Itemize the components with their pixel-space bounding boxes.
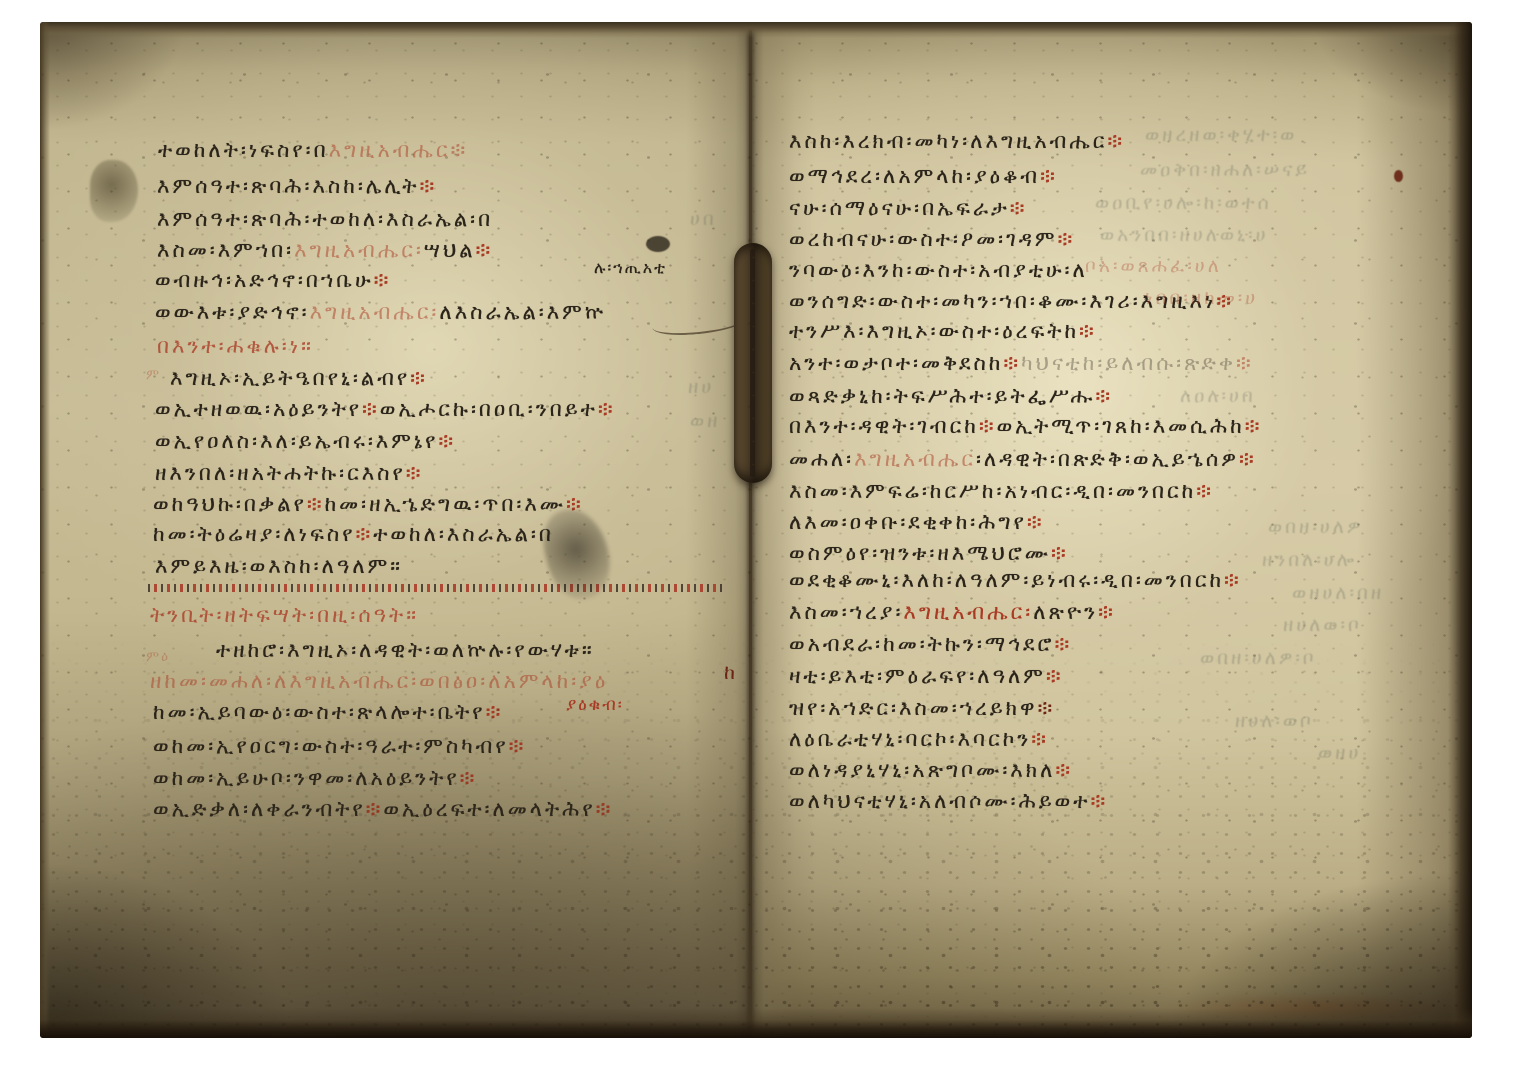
bleedthrough-text: ወበዘ፡ሀለዎ፡ቦ — [1200, 649, 1317, 668]
bleedthrough-text: ለዐለ፡ሀበ — [1180, 387, 1256, 406]
manuscript-line-right: ወለነዳያኒሃኒ፡አጽግቦሙ፡እክለ፨ — [789, 760, 1073, 781]
text-segment-ghost: ዘሀለወ፡ቦ — [1283, 614, 1362, 636]
bleedthrough-text: ሀበ — [690, 210, 717, 229]
text-segment-ink: ተወከለት፡ነፍስየ፡በ — [158, 138, 329, 162]
text-segment-ink: አንተ፡ወታቦተ፡መቅደስከ — [789, 351, 1003, 375]
text-segment-ink: ወውእቱ፡ያድኅኖ፡ — [155, 300, 310, 324]
manuscript-line-right: ወረከብናሁ፡ውስተ፡ዖመ፡ገዳም፨ — [789, 229, 1075, 250]
bleedthrough-text: ወዘረዘወ፡ቀሂተ፡ወ — [1145, 126, 1297, 145]
text-segment-red: ፨ — [1055, 758, 1073, 782]
text-segment-red-dark: ፨ — [1037, 696, 1055, 720]
text-segment-red: ፨ — [566, 492, 584, 516]
text-segment-red: ፨ — [1027, 510, 1045, 534]
text-segment-red: ፨ — [1040, 164, 1058, 188]
manuscript-line-left: በእንተ፡ሐቁሉ፡ነ። — [157, 336, 314, 357]
text-segment-ink: እስመ፡ኀረያ፡ — [789, 600, 903, 624]
bleedthrough-text: ወዘ — [690, 412, 720, 431]
text-segment-red-faded: እግዚአብሔር፡ — [310, 300, 440, 324]
manuscript-line-left: እምሰዓተ፡ጽባሕ፡ተወከለ፡እስራኤል፡በ — [157, 209, 493, 230]
manuscript-line-left: ተወከለት፡ነፍስየ፡በእግዚአብሔር፨ — [158, 140, 468, 161]
manuscript-line-right: እስከ፡እረክብ፡መካነ፡ለእግዚአብሔር፨ — [789, 131, 1125, 152]
manuscript-line-left: ከመ፡ኢይባውዕ፡ውስተ፡ጽላሎተ፡ቤትየ፨ — [153, 702, 503, 723]
text-segment-ink: ዝየ፡አኀድር፡እስመ፡ኀረይክዋ — [789, 696, 1037, 720]
book-bottom-shadow — [40, 1008, 1472, 1038]
text-segment-ink: ለእስራኤል፡እምኵ — [439, 300, 606, 324]
manuscript-line-left: ዘእንበለ፡ዘአትሐትኩ፡ርእስየ፨ — [155, 463, 424, 484]
manuscript-line-left: ወኢተዘወዉ፡አዕይንትየ፨ወኢሖርኩ፡በዐቢ፡ንበይተ፨ — [155, 399, 616, 420]
text-segment-ghost: ዘሀለ፡ወቦ — [1235, 710, 1314, 732]
text-segment-red-soft: በእንተ፡ሐቁሉ፡ነ። — [157, 334, 314, 358]
text-segment-ink: ወኢትሚጥ፡ገጸከ፡እመሲሕከ — [997, 414, 1245, 438]
manuscript-line-right: አንተ፡ወታቦተ፡መቅደስከ፨ካህናቲከ፡ይለብሱ፡ጽድቀ፨ — [789, 353, 1254, 374]
text-segment-red: ፨ — [1090, 789, 1108, 813]
text-segment-ghost: ዘሀ — [688, 376, 714, 398]
bleedthrough-text: ወዘሀ — [1318, 744, 1361, 763]
manuscript-line-right: ወለካህናቲሃኒ፡አለብሶሙ፡ሕይወተ፨ — [789, 791, 1108, 812]
manuscript-line-right: ናሁ፡ሰማዕናሁ፡በኤፍራታ፨ — [789, 198, 1027, 219]
manuscript-photo: ተወከለት፡ነፍስየ፡በእግዚአብሔር፨እምሰዓተ፡ጽባሕ፡እስከ፡ሌሊት፨እም… — [40, 22, 1472, 1038]
text-segment-ghost: ለዐለ፡ሀበ — [1180, 385, 1256, 407]
text-segment-ghost: ወዘ — [690, 410, 720, 432]
bleedthrough-text: ነበበ፡ዘከመ፡ሀ — [1145, 289, 1258, 308]
text-segment-red: ፨ — [1031, 727, 1049, 751]
text-segment-ink: መሐለ፡ — [789, 447, 854, 471]
text-segment-ink: ለጽዮን — [1033, 600, 1098, 624]
text-segment-ink: ወስምዕየ፡ዝንቱ፡ዘእሜህሮሙ — [789, 541, 1051, 565]
manuscript-line-left: ትንቢት፡ዘትፍሣት፡በዚ፡ሰዓት። — [150, 605, 419, 626]
text-segment-red: ፨ — [979, 414, 997, 438]
text-segment-red: ፨ — [598, 397, 616, 421]
manuscript-line-left: ወውእቱ፡ያድኅኖ፡እግዚአብሔር፡ለእስራኤል፡እምኵ — [155, 302, 606, 323]
text-segment-red: ፨ — [1196, 479, 1214, 503]
text-segment-ink: ወኢሖርኩ፡በዐቢ፡ንበይተ — [380, 397, 598, 421]
text-segment-red-faded: ዘከመ፡መሐለ፡ለእግዚአብሔር፡ወበፅዐ፡ለአምላከ፡ያዕ — [150, 669, 608, 693]
manuscript-line-right: ወስምዕየ፡ዝንቱ፡ዘእሜህሮሙ፨ — [789, 543, 1069, 564]
text-segment-ink: እምሰዓተ፡ጽባሕ፡ተወከለ፡እስራኤል፡በ — [157, 207, 493, 231]
text-segment-ink: ዛቲ፡ይእቲ፡ምዕራፍየ፡ለዓለም — [789, 664, 1046, 688]
text-segment-red: ፨ — [1051, 541, 1069, 565]
text-segment-ghost: ወዘሀ — [1318, 742, 1361, 764]
text-segment-red: ፨ — [366, 797, 384, 821]
manuscript-line-left: እግዚኦ፡ኢይትዔበየኒ፡ልብየ፨ — [170, 368, 428, 389]
text-segment-ink: ሉ፡ኀጢአቲ — [594, 258, 667, 277]
bleedthrough-text: ወአንበበ፡ዘሀለወኒ፡ሀ — [1100, 226, 1269, 245]
manuscript-line-left: እምይእዜ፡ወእስከ፡ለዓለም። — [155, 556, 403, 577]
text-segment-red: ፨ — [1079, 319, 1097, 343]
text-segment-ink: ወከመ፡ኢየዐርግ፡ውስተ፡ዓራተ፡ምስካብየ — [153, 734, 509, 758]
text-segment-red-dark: ከ — [724, 660, 737, 684]
book-top-edge — [40, 22, 1472, 38]
text-segment-ink: ወአብደራ፡ከመ፡ትኩን፡ማኅደሮ — [789, 632, 1054, 656]
text-segment-red: ፨ — [1224, 568, 1242, 592]
text-segment-ink: እግዚኦ፡ኢይትዔበየኒ፡ልብየ — [170, 366, 410, 390]
text-segment-ink: ወኢተዘወዉ፡አዕይንትየ — [155, 397, 362, 421]
text-segment-ghost: መዐቅበ፡ዘሐለ፡ሠናይ — [1140, 159, 1310, 181]
margin-note: ሉ፡ኀጢአቲ — [594, 260, 667, 276]
text-segment-ink: ወለካህናቲሃኒ፡አለብሶሙ፡ሕይወተ — [789, 789, 1090, 813]
bleedthrough-text: ወዐቢየ፡ሀሎ፡ከ፡ወተሰ — [1095, 194, 1272, 213]
text-segment-ghost: ዘንበለ፡ሀሎ — [1262, 549, 1357, 571]
text-segment-ink: ወኢየዐለስ፡እለ፡ይኤብሩ፡እምኔየ — [155, 429, 438, 453]
manuscript-line-right: ወማኅደረ፡ለአምላከ፡ያዕቆብ፨ — [789, 166, 1058, 187]
manuscript-line-left: ወከዓህኩ፡በቃልየ፨ከመ፡ዘኢኄድግዉ፡ጥበ፡እሙ፨ — [153, 494, 584, 515]
text-segment-ghost: ወዐቢየ፡ሀሎ፡ከ፡ወተሰ — [1095, 192, 1272, 214]
manuscript-line-right: ተንሥእ፡እግዚኦ፡ውስተ፡ዕረፍትከ፨ — [789, 321, 1097, 342]
text-segment-ghost: ወዘረዘወ፡ቀሂተ፡ወ — [1145, 124, 1297, 146]
text-segment-ink: ናሁ፡ሰማዕናሁ፡በኤፍራታ — [789, 196, 1010, 220]
manuscript-line-left: እስመ፡እምኀበ፡እግዚአብሔር፡ሣህል፨ — [157, 240, 493, 261]
text-segment-ink: ከመ፡ትዕሬዛያ፡ለነፍስየ — [153, 522, 355, 546]
text-segment-red: ፨ — [438, 429, 456, 453]
text-segment-ink: እስመ፡እምፍሬ፡ከርሥከ፡አነብር፡ዲበ፡መንበርከ — [789, 479, 1196, 503]
text-segment-red: ፨ — [355, 522, 373, 546]
manuscript-line-right: ወደቂቆሙኒ፡እለከ፡ለዓለም፡ይነብሩ፡ዲበ፡መንበርከ፨ — [789, 570, 1242, 591]
manuscript-text-layer: ተወከለት፡ነፍስየ፡በእግዚአብሔር፨እምሰዓተ፡ጽባሕ፡እስከ፡ሌሊት፨እም… — [40, 22, 1472, 1038]
text-segment-ink: ወደቂቆሙኒ፡እለከ፡ለዓለም፡ይነብሩ፡ዲበ፡መንበርከ — [789, 568, 1224, 592]
manuscript-line-left: ወኢየዐለስ፡እለ፡ይኤብሩ፡እምኔየ፨ — [155, 431, 456, 452]
manuscript-line-right: ለዕቤራቲሃኒ፡ባርኮ፡እባርኮን፨ — [789, 729, 1049, 750]
text-segment-red-faded: እግዚአብሔር፡ — [294, 238, 424, 262]
text-segment-red: ፨ — [509, 734, 527, 758]
text-segment-red: ፨ — [406, 461, 424, 485]
text-segment-ghost: ወበዘ፡ሀለዎ፡ቦ — [1200, 647, 1317, 669]
text-segment-red: ፨ — [1010, 196, 1028, 220]
text-segment-ghost: ወበዘ፡ሀለዎ — [1268, 516, 1363, 538]
manuscript-line-left: ወኢድቃለ፡ለቀራንብትየ፨ወኢዕረፍተ፡ለመላትሕየ፨ — [153, 799, 613, 820]
text-segment-red-ghost: ቦአ፡ወጸሐፈ፡ሀለ — [1085, 255, 1222, 277]
manuscript-line-left: ተዘከሮ፡እግዚኦ፡ለዳዊት፡ወለኵሉ፡የውሃቱ። — [216, 640, 595, 661]
section-divider — [148, 584, 722, 592]
text-segment-ink: ሣህል — [424, 238, 476, 262]
manuscript-line-right: እስመ፡እምፍሬ፡ከርሥከ፡አነብር፡ዲበ፡መንበርከ፨ — [789, 481, 1214, 502]
text-segment-ink: ከመ፡ኢይባውዕ፡ውስተ፡ጽላሎተ፡ቤትየ — [153, 700, 486, 724]
manuscript-line-right: በእንተ፡ዳዊት፡ገብርከ፨ወኢትሚጥ፡ገጸከ፡እመሲሕከ፨ — [789, 416, 1262, 437]
bleedthrough-text: ቦአ፡ወጸሐፈ፡ሀለ — [1085, 257, 1222, 276]
text-segment-ink: ተወከለ፡እስራኤል፡በ — [373, 522, 554, 546]
manuscript-line-right: ወአብደራ፡ከመ፡ትኩን፡ማኅደሮ፨ — [789, 634, 1072, 655]
text-segment-red: ፨ — [486, 700, 504, 724]
text-segment-ink: ወብዙኅ፡አድኅኖ፡በኀቤሁ — [155, 268, 374, 292]
text-segment-ink: ወማኅደረ፡ለአምላከ፡ያዕቆብ — [789, 164, 1040, 188]
text-segment-ink: ተንሥእ፡እግዚኦ፡ውስተ፡ዕረፍትከ — [789, 319, 1079, 343]
text-segment-red: ፨ — [476, 238, 494, 262]
text-segment-ink-faded: ካህናቲከ፡ይለብሱ፡ጽድቀ — [1021, 351, 1236, 375]
text-segment-red-ghost: ነበበ፡ዘከመ፡ሀ — [1145, 287, 1258, 309]
bleedthrough-text: ዘሀለወ፡ቦ — [1283, 616, 1362, 635]
text-segment-ink: እስመ፡እምኀበ፡ — [157, 238, 294, 262]
text-segment-ink: ወለነዳያኒሃኒ፡አጽግቦሙ፡እክለ — [789, 758, 1055, 782]
text-segment-red: ፨ — [362, 397, 380, 421]
manuscript-line-left: ወከመ፡ኢየዐርግ፡ውስተ፡ዓራተ፡ምስካብየ፨ — [153, 736, 526, 757]
text-segment-red-ghost: ምዕ — [146, 649, 170, 665]
text-segment-red: ፨ — [307, 492, 325, 516]
text-segment-red-faded: እግዚአብሔር — [854, 447, 976, 471]
manuscript-line-right: ንባውዕ፡እንከ፡ውስተ፡አብያቲሁ፡ለ — [789, 260, 1088, 281]
text-segment-ink: ለእመ፡ዐቀቡ፡ደቂቀከ፡ሕግየ — [789, 510, 1027, 534]
text-segment-ink: በእንተ፡ዳዊት፡ገብርከ — [789, 414, 979, 438]
manuscript-line-right: መሐለ፡እግዚአብሔር፡ለዳዊት፡በጽድቅ፡ወኢይኄሰዎ፨ — [789, 449, 1257, 470]
text-segment-ink: ዘእንበለ፡ዘአትሐትኩ፡ርእስየ — [155, 461, 406, 485]
text-segment-ink: ወከዓህኩ፡በቃልየ — [153, 492, 307, 516]
text-segment-ink: ከመ፡ዘኢኄድግዉ፡ጥበ፡እሙ — [325, 492, 566, 516]
text-segment-red-ghost: ም — [146, 367, 161, 383]
margin-note: ያዕቁብ፡ — [566, 697, 624, 714]
text-segment-ink: ፡ለዳዊት፡በጽድቅ፡ወኢይኄሰዎ — [976, 447, 1239, 471]
manuscript-line-right: ዛቲ፡ይእቲ፡ምዕራፍየ፡ለዓለም፨ — [789, 666, 1064, 687]
text-segment-red: ፨ — [460, 766, 478, 790]
text-segment-ink: ተዘከሮ፡እግዚኦ፡ለዳዊት፡ወለኵሉ፡የውሃቱ። — [216, 638, 595, 662]
text-segment-ink: ወኢዕረፍተ፡ለመላትሕየ — [383, 797, 595, 821]
manuscript-line-right: ለእመ፡ዐቀቡ፡ደቂቀከ፡ሕግየ፨ — [789, 512, 1045, 533]
text-segment-red-faded: እግዚአብሔር፨ — [329, 138, 469, 162]
text-segment-red: ፨ — [1095, 384, 1113, 408]
book-fore-edge — [1448, 22, 1472, 1038]
text-segment-red: ፨ — [410, 366, 428, 390]
bleedthrough-text: ዘሀ — [688, 378, 714, 397]
text-segment-ink: እስከ፡እረክብ፡መካነ፡ለእግዚአብሔር — [789, 129, 1107, 153]
margin-note: ምዕ — [146, 650, 170, 664]
margin-note: ም — [146, 368, 161, 382]
bleedthrough-text: ዘሀለ፡ወቦ — [1235, 712, 1314, 731]
text-segment-red: እግዚአብሔር፡ — [903, 600, 1033, 624]
text-segment-red: ፨ — [1107, 129, 1125, 153]
text-segment-red: ፨ — [1054, 632, 1072, 656]
text-segment-red: ፨ — [1046, 664, 1064, 688]
text-segment-ink: ንባውዕ፡እንከ፡ውስተ፡አብያቲሁ፡ለ — [789, 258, 1088, 282]
book-left-edge — [40, 22, 50, 1038]
text-segment-ink: ወጻድቃኒከ፡ትፍሥሕተ፡ይትፌሥሑ — [789, 384, 1095, 408]
manuscript-line-right: ዝየ፡አኀድር፡እስመ፡ኀረይክዋ፨ — [789, 698, 1055, 719]
manuscript-line-left: ወብዙኅ፡አድኅኖ፡በኀቤሁ፨ — [155, 270, 391, 291]
manuscript-line-left: ዘከመ፡መሐለ፡ለእግዚአብሔር፡ወበፅዐ፡ለአምላከ፡ያዕ — [150, 671, 608, 692]
text-segment-ghost: ወዘሀለ፡በዘ — [1292, 582, 1384, 604]
bleedthrough-text: ዘንበለ፡ሀሎ — [1262, 551, 1357, 570]
bleedthrough-text: ወበዘ፡ሀለዎ — [1268, 518, 1363, 537]
text-segment-ink: እምይእዜ፡ወእስከ፡ለዓለም። — [155, 554, 403, 578]
text-segment-ghost: ሀበ — [690, 208, 717, 230]
text-segment-ink: ለዕቤራቲሃኒ፡ባርኮ፡እባርኮን — [789, 727, 1031, 751]
text-segment-red: ፨ — [1239, 447, 1257, 471]
text-segment-red: ፨ — [419, 174, 437, 198]
page-background: { "document": { "kind": "photograph of a… — [0, 0, 1515, 1071]
text-segment-red: ፨ — [596, 797, 614, 821]
text-segment-red-soft: ትንቢት፡ዘትፍሣት፡በዚ፡ሰዓት። — [150, 603, 419, 627]
text-segment-red: ፨ — [374, 268, 392, 292]
manuscript-line-left: እምሰዓተ፡ጽባሕ፡እስከ፡ሌሊት፨ — [157, 176, 437, 197]
text-segment-ink: ወከመ፡ኢይሁቦ፡ንዋመ፡ለአዕይንትየ — [153, 766, 460, 790]
bleedthrough-text: ወዘሀለ፡በዘ — [1292, 584, 1384, 603]
manuscript-line-left: ወከመ፡ኢይሁቦ፡ንዋመ፡ለአዕይንትየ፨ — [153, 768, 477, 789]
text-segment-ink: እምሰዓተ፡ጽባሕ፡እስከ፡ሌሊት — [157, 174, 419, 198]
text-segment-red: ፨ — [1057, 227, 1075, 251]
text-segment-ink: ወረከብናሁ፡ውስተ፡ዖመ፡ገዳም — [789, 227, 1057, 251]
text-segment-ghost: ወአንበበ፡ዘሀለወኒ፡ሀ — [1100, 224, 1269, 246]
text-segment-ink: ወኢድቃለ፡ለቀራንብትየ — [153, 797, 366, 821]
text-segment-red: ፨ — [1245, 414, 1263, 438]
text-segment-red: ያዕቁብ፡ — [566, 695, 624, 715]
text-segment-red-faded: ፨ — [1236, 351, 1254, 375]
manuscript-line-right: እስመ፡ኀረያ፡እግዚአብሔር፡ለጽዮን፨ — [789, 602, 1116, 623]
text-segment-red: ፨ — [1003, 351, 1021, 375]
margin-note: ከ — [724, 662, 737, 682]
bleedthrough-text: መዐቅበ፡ዘሐለ፡ሠናይ — [1140, 161, 1310, 180]
text-segment-red: ፨ — [1098, 600, 1116, 624]
manuscript-line-left: ከመ፡ትዕሬዛያ፡ለነፍስየ፨ተወከለ፡እስራኤል፡በ — [153, 524, 554, 545]
manuscript-line-right: ወጻድቃኒከ፡ትፍሥሕተ፡ይትፌሥሑ፨ — [789, 386, 1113, 407]
